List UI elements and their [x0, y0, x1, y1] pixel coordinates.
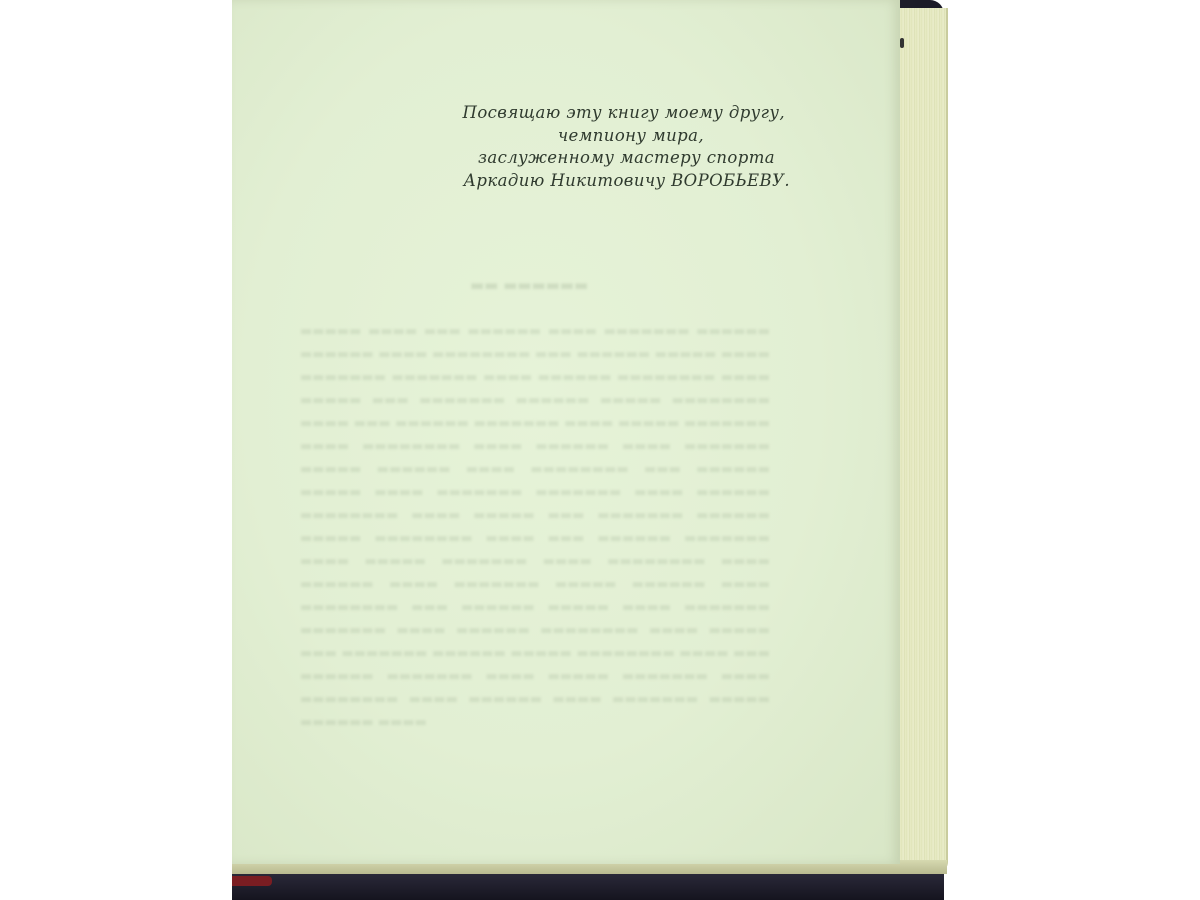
dedication: Посвящаю эту книгу моему другу, чемпиону…: [440, 102, 795, 192]
page-edge-mark: [900, 38, 904, 48]
dedication-line: чемпиону мира,: [440, 125, 795, 148]
dedication-line: заслуженному мастеру спорта: [440, 147, 795, 170]
book-cover-bottom: [232, 872, 944, 900]
show-through-text: ▬▬▬▬▬ ▬▬▬▬ ▬▬▬ ▬▬▬▬▬▬ ▬▬▬▬ ▬▬▬▬▬▬▬ ▬▬▬▬▬…: [300, 320, 770, 734]
dedication-line: Аркадию Никитовичу ВОРОБЬЕВУ.: [440, 170, 795, 193]
book-photo: ▬▬ ▬▬▬▬▬▬ ▬▬▬▬▬ ▬▬▬▬ ▬▬▬ ▬▬▬▬▬▬ ▬▬▬▬ ▬▬▬…: [0, 0, 1200, 900]
show-through-heading: ▬▬ ▬▬▬▬▬▬: [470, 276, 588, 294]
dedication-line: Посвящаю эту книгу моему другу,: [440, 102, 795, 125]
bookmark-ribbon: [232, 876, 272, 886]
